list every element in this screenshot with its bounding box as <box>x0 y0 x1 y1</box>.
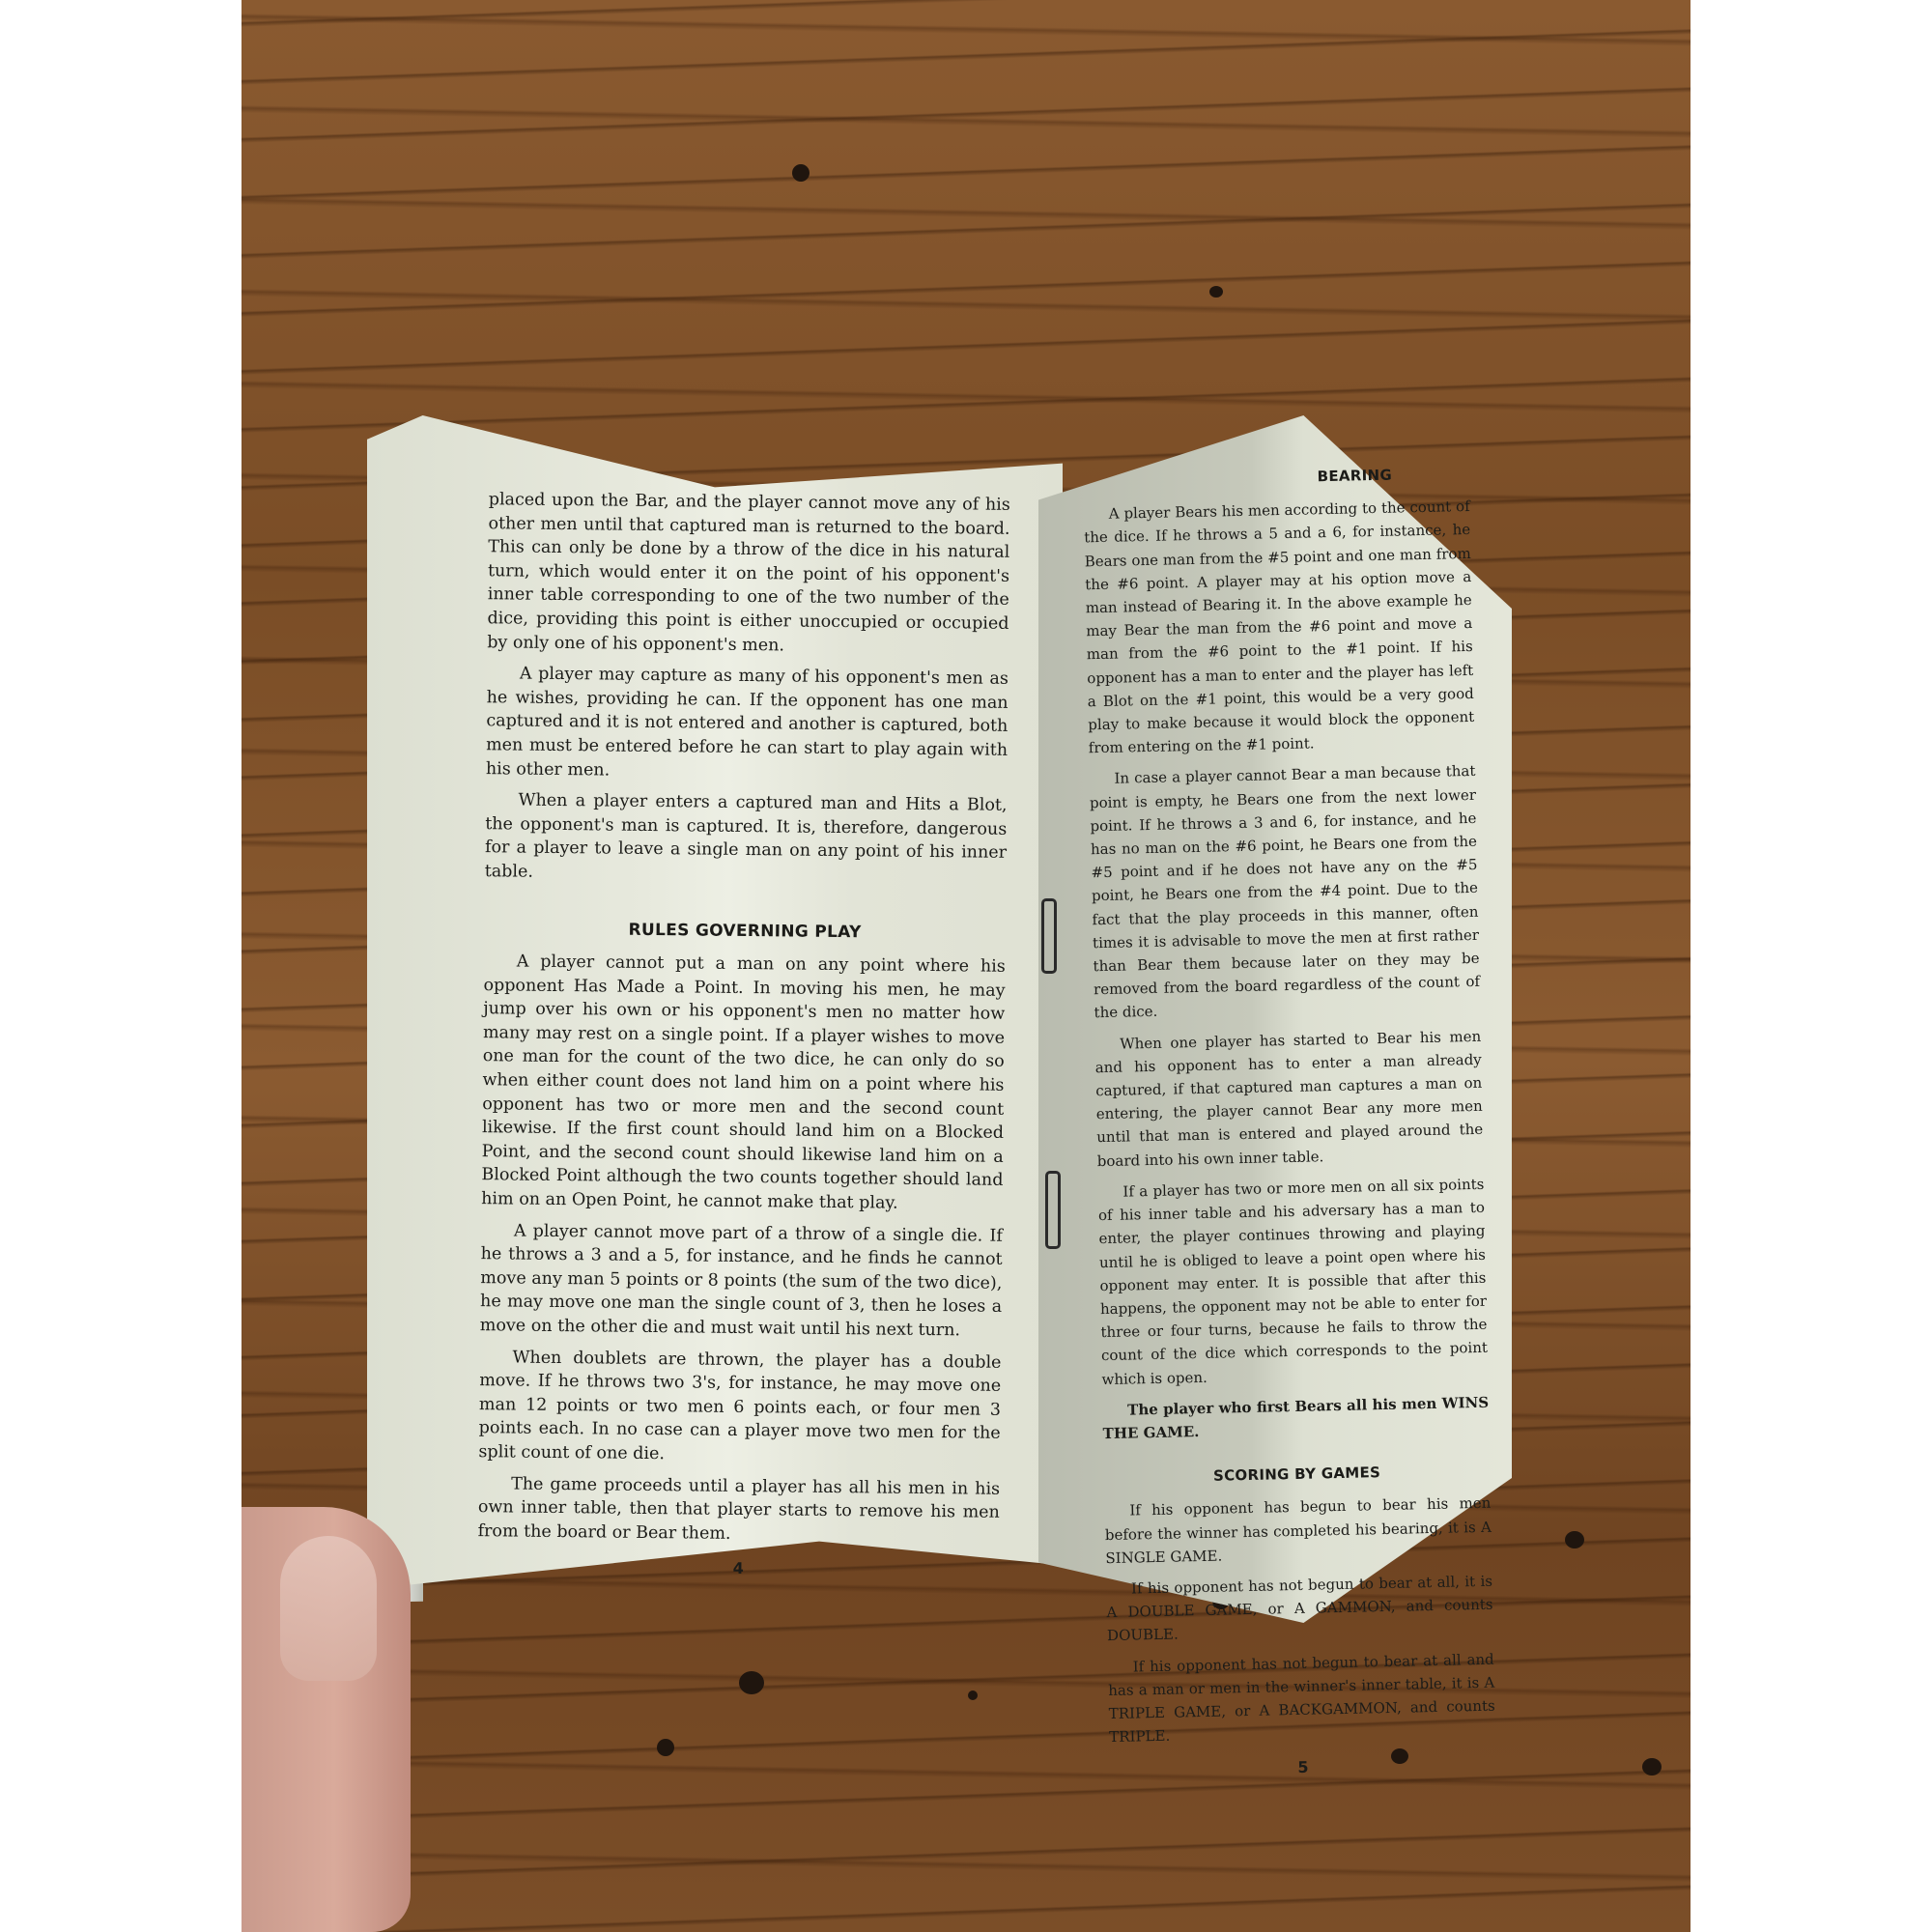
paragraph: In case a player cannot Bear a man becau… <box>1089 759 1480 1025</box>
thumbnail <box>280 1536 377 1681</box>
paragraph: placed upon the Bar, and the player cann… <box>487 488 1010 660</box>
right-page-text: BEARING A player Bears his men according… <box>1083 462 1496 1784</box>
paragraph: When doublets are thrown, the player has… <box>478 1346 1001 1470</box>
paragraph: If his opponent has not begun to bear at… <box>1108 1647 1496 1748</box>
wood-knot <box>657 1739 674 1756</box>
wood-knot <box>1209 286 1223 298</box>
paragraph: A player cannot move part of a throw of … <box>480 1219 1003 1344</box>
wood-knot <box>1642 1758 1662 1776</box>
section-heading-rules-governing-play: RULES GOVERNING PLAY <box>484 917 1006 946</box>
paragraph: If his opponent has begun to bear his me… <box>1104 1492 1492 1570</box>
paragraph: When one player has started to Bear his … <box>1094 1025 1484 1174</box>
wood-knot <box>968 1690 978 1700</box>
paragraph: A player may capture as many of his oppo… <box>486 662 1009 786</box>
paragraph: If a player has two or more men on all s… <box>1097 1173 1488 1391</box>
section-heading-scoring-by-games: SCORING BY GAMES <box>1103 1459 1490 1491</box>
wood-knot <box>739 1671 764 1694</box>
left-page-text: placed upon the Bar, and the player cann… <box>477 488 1010 1584</box>
wood-knot <box>1565 1531 1584 1548</box>
wood-knot <box>792 164 810 182</box>
wins-the-game-line: The player who first Bears all his men W… <box>1102 1390 1490 1445</box>
paragraph: If his opponent has not begun to bear at… <box>1106 1570 1493 1648</box>
paragraph: The game proceeds until a player has all… <box>477 1472 1000 1548</box>
staple-top <box>1041 898 1057 974</box>
paragraph: When a player enters a captured man and … <box>485 788 1008 889</box>
paragraph: A player cannot put a man on any point w… <box>481 950 1006 1216</box>
staple-bottom <box>1045 1171 1061 1249</box>
paragraph: A player Bears his men according to the … <box>1084 495 1475 760</box>
